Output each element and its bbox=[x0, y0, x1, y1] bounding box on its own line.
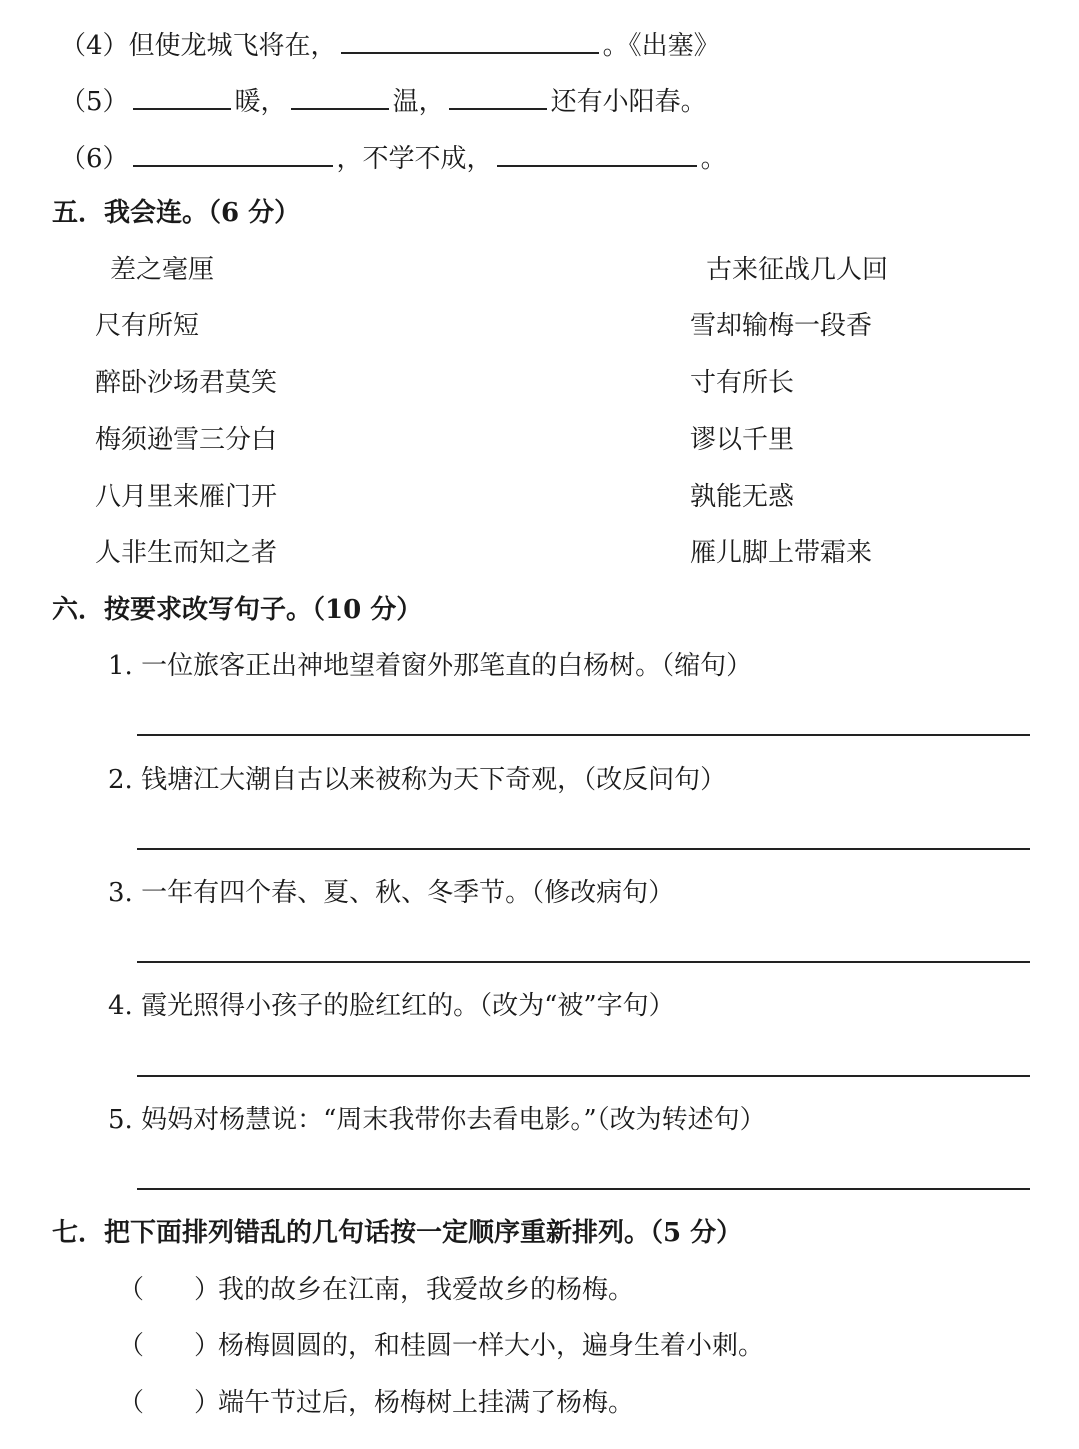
answer-blank[interactable] bbox=[341, 26, 599, 54]
match-right-4[interactable]: 孰能无惑 bbox=[690, 479, 794, 515]
rewrite-question-1: 1. 一位旅客正出神地望着窗外那笔直的白杨树。（缩句） bbox=[108, 648, 752, 684]
rewrite-question-5: 5. 妈妈对杨慧说：“周末我带你去看电影。”（改为转述句） bbox=[108, 1102, 766, 1138]
match-left-3[interactable]: 梅须逊雪三分白 bbox=[95, 422, 277, 458]
item-text: ，不学不成， bbox=[337, 144, 493, 174]
item-number: （6） bbox=[60, 144, 129, 174]
item-text: 但使龙城飞将在， bbox=[129, 31, 337, 61]
match-left-5[interactable]: 人非生而知之者 bbox=[95, 535, 277, 571]
answer-line-2[interactable] bbox=[137, 848, 1030, 850]
rewrite-question-3: 3. 一年有四个春、夏、秋、冬季节。（修改病句） bbox=[108, 875, 674, 911]
match-right-2[interactable]: 寸有所长 bbox=[690, 365, 794, 401]
match-right-3[interactable]: 谬以千里 bbox=[690, 422, 794, 458]
match-right-5[interactable]: 雁儿脚上带霜来 bbox=[690, 535, 872, 571]
match-right-0[interactable]: 古来征战几人回 bbox=[706, 252, 888, 288]
answer-blank[interactable] bbox=[497, 139, 697, 167]
order-sentence: 我的故乡在江南，我爱故乡的杨梅。 bbox=[218, 1275, 634, 1305]
item-text: 温， bbox=[393, 87, 445, 117]
answer-line-4[interactable] bbox=[137, 1075, 1030, 1077]
fill-in-item-6: （6），不学不成，。 bbox=[60, 139, 727, 177]
fill-in-item-4: （4）但使龙城飞将在，。《出塞》 bbox=[60, 26, 720, 64]
item-text: 。《出塞》 bbox=[603, 31, 720, 61]
item-text: 。 bbox=[701, 144, 727, 174]
section-5-title: 五．我会连。（6 分） bbox=[52, 195, 300, 231]
rewrite-question-4: 4. 霞光照得小孩子的脸红红的。（改为“被”字句） bbox=[108, 988, 675, 1024]
order-input[interactable]: （） bbox=[118, 1385, 218, 1421]
rewrite-question-2: 2. 钱塘江大潮自古以来被称为天下奇观，（改反问句） bbox=[108, 762, 726, 798]
match-left-1[interactable]: 尺有所短 bbox=[95, 308, 199, 344]
order-item-1: （）我的故乡在江南，我爱故乡的杨梅。 bbox=[118, 1272, 634, 1308]
answer-blank[interactable] bbox=[291, 82, 389, 110]
order-item-3: （）端午节过后，杨梅树上挂满了杨梅。 bbox=[118, 1385, 634, 1421]
match-right-1[interactable]: 雪却输梅一段香 bbox=[690, 308, 872, 344]
answer-blank[interactable] bbox=[133, 82, 231, 110]
order-input[interactable]: （） bbox=[118, 1328, 218, 1364]
fill-in-item-5: （5）暖，温，还有小阳春。 bbox=[60, 82, 707, 120]
order-item-2: （）杨梅圆圆的，和桂圆一样大小，遍身生着小刺。 bbox=[118, 1328, 764, 1364]
item-number: （5） bbox=[60, 87, 129, 117]
order-sentence: 端午节过后，杨梅树上挂满了杨梅。 bbox=[218, 1388, 634, 1418]
section-7-title: 七．把下面排列错乱的几句话按一定顺序重新排列。（5 分） bbox=[52, 1215, 742, 1251]
item-text: 还有小阳春。 bbox=[551, 87, 707, 117]
item-number: （4） bbox=[60, 31, 129, 61]
match-left-2[interactable]: 醉卧沙场君莫笑 bbox=[95, 365, 277, 401]
answer-blank[interactable] bbox=[449, 82, 547, 110]
answer-blank[interactable] bbox=[133, 139, 333, 167]
match-left-4[interactable]: 八月里来雁门开 bbox=[95, 479, 277, 515]
answer-line-3[interactable] bbox=[137, 961, 1030, 963]
order-sentence: 杨梅圆圆的，和桂圆一样大小，遍身生着小刺。 bbox=[218, 1331, 764, 1361]
answer-line-5[interactable] bbox=[137, 1188, 1030, 1190]
section-6-title: 六．按要求改写句子。（10 分） bbox=[52, 592, 422, 628]
item-text: 暖， bbox=[235, 87, 287, 117]
order-input[interactable]: （） bbox=[118, 1272, 218, 1308]
answer-line-1[interactable] bbox=[137, 734, 1030, 736]
match-left-0[interactable]: 差之毫厘 bbox=[110, 252, 214, 288]
